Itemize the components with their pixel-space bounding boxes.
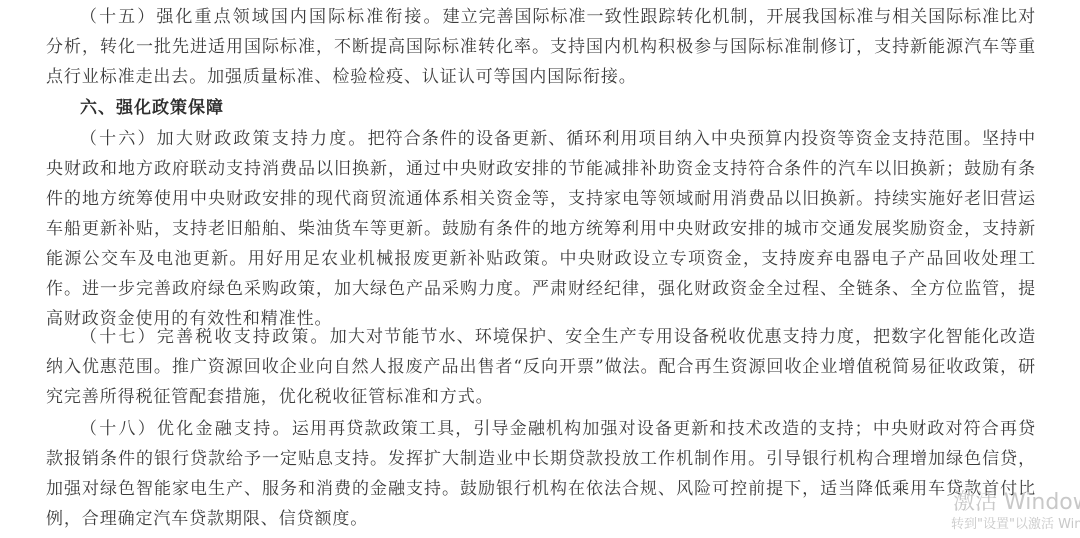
watermark-subtitle: 转到"设置"以激活 Windows。 — [951, 516, 1080, 534]
paragraph-18: （十八）优化金融支持。运用再贷款政策工具，引导金融机构加强对设备更新和技术改造的… — [46, 414, 1036, 534]
paragraph-17-lead: （十七）完善税收支持政策。 — [80, 327, 330, 347]
paragraph-15-lead: （十五）强化重点领域国内国际标准衔接。 — [80, 7, 443, 27]
windows-activation-watermark: 激活 Windows 转到"设置"以激活 Windows。 — [953, 490, 1080, 534]
section-heading-6: 六、强化政策保障 — [46, 93, 1036, 123]
paragraph-16-lead: （十六）加大财政政策支持力度。 — [80, 129, 368, 149]
paragraph-18-lead: （十八）优化金融支持。 — [80, 419, 292, 439]
watermark-title: 激活 Windows — [953, 490, 1080, 516]
paragraph-15: （十五）强化重点领域国内国际标准衔接。建立完善国际标准一致性跟踪转化机制，开展我… — [46, 2, 1036, 92]
paragraph-16-body: 把符合条件的设备更新、循环利用项目纳入中央预算内投资等资金支持范围。坚持中央财政… — [46, 129, 1036, 329]
paragraph-17: （十七）完善税收支持政策。加大对节能节水、环境保护、安全生产专用设备税收优惠支持… — [46, 322, 1036, 412]
paragraph-16: （十六）加大财政政策支持力度。把符合条件的设备更新、循环利用项目纳入中央预算内投… — [46, 124, 1036, 334]
